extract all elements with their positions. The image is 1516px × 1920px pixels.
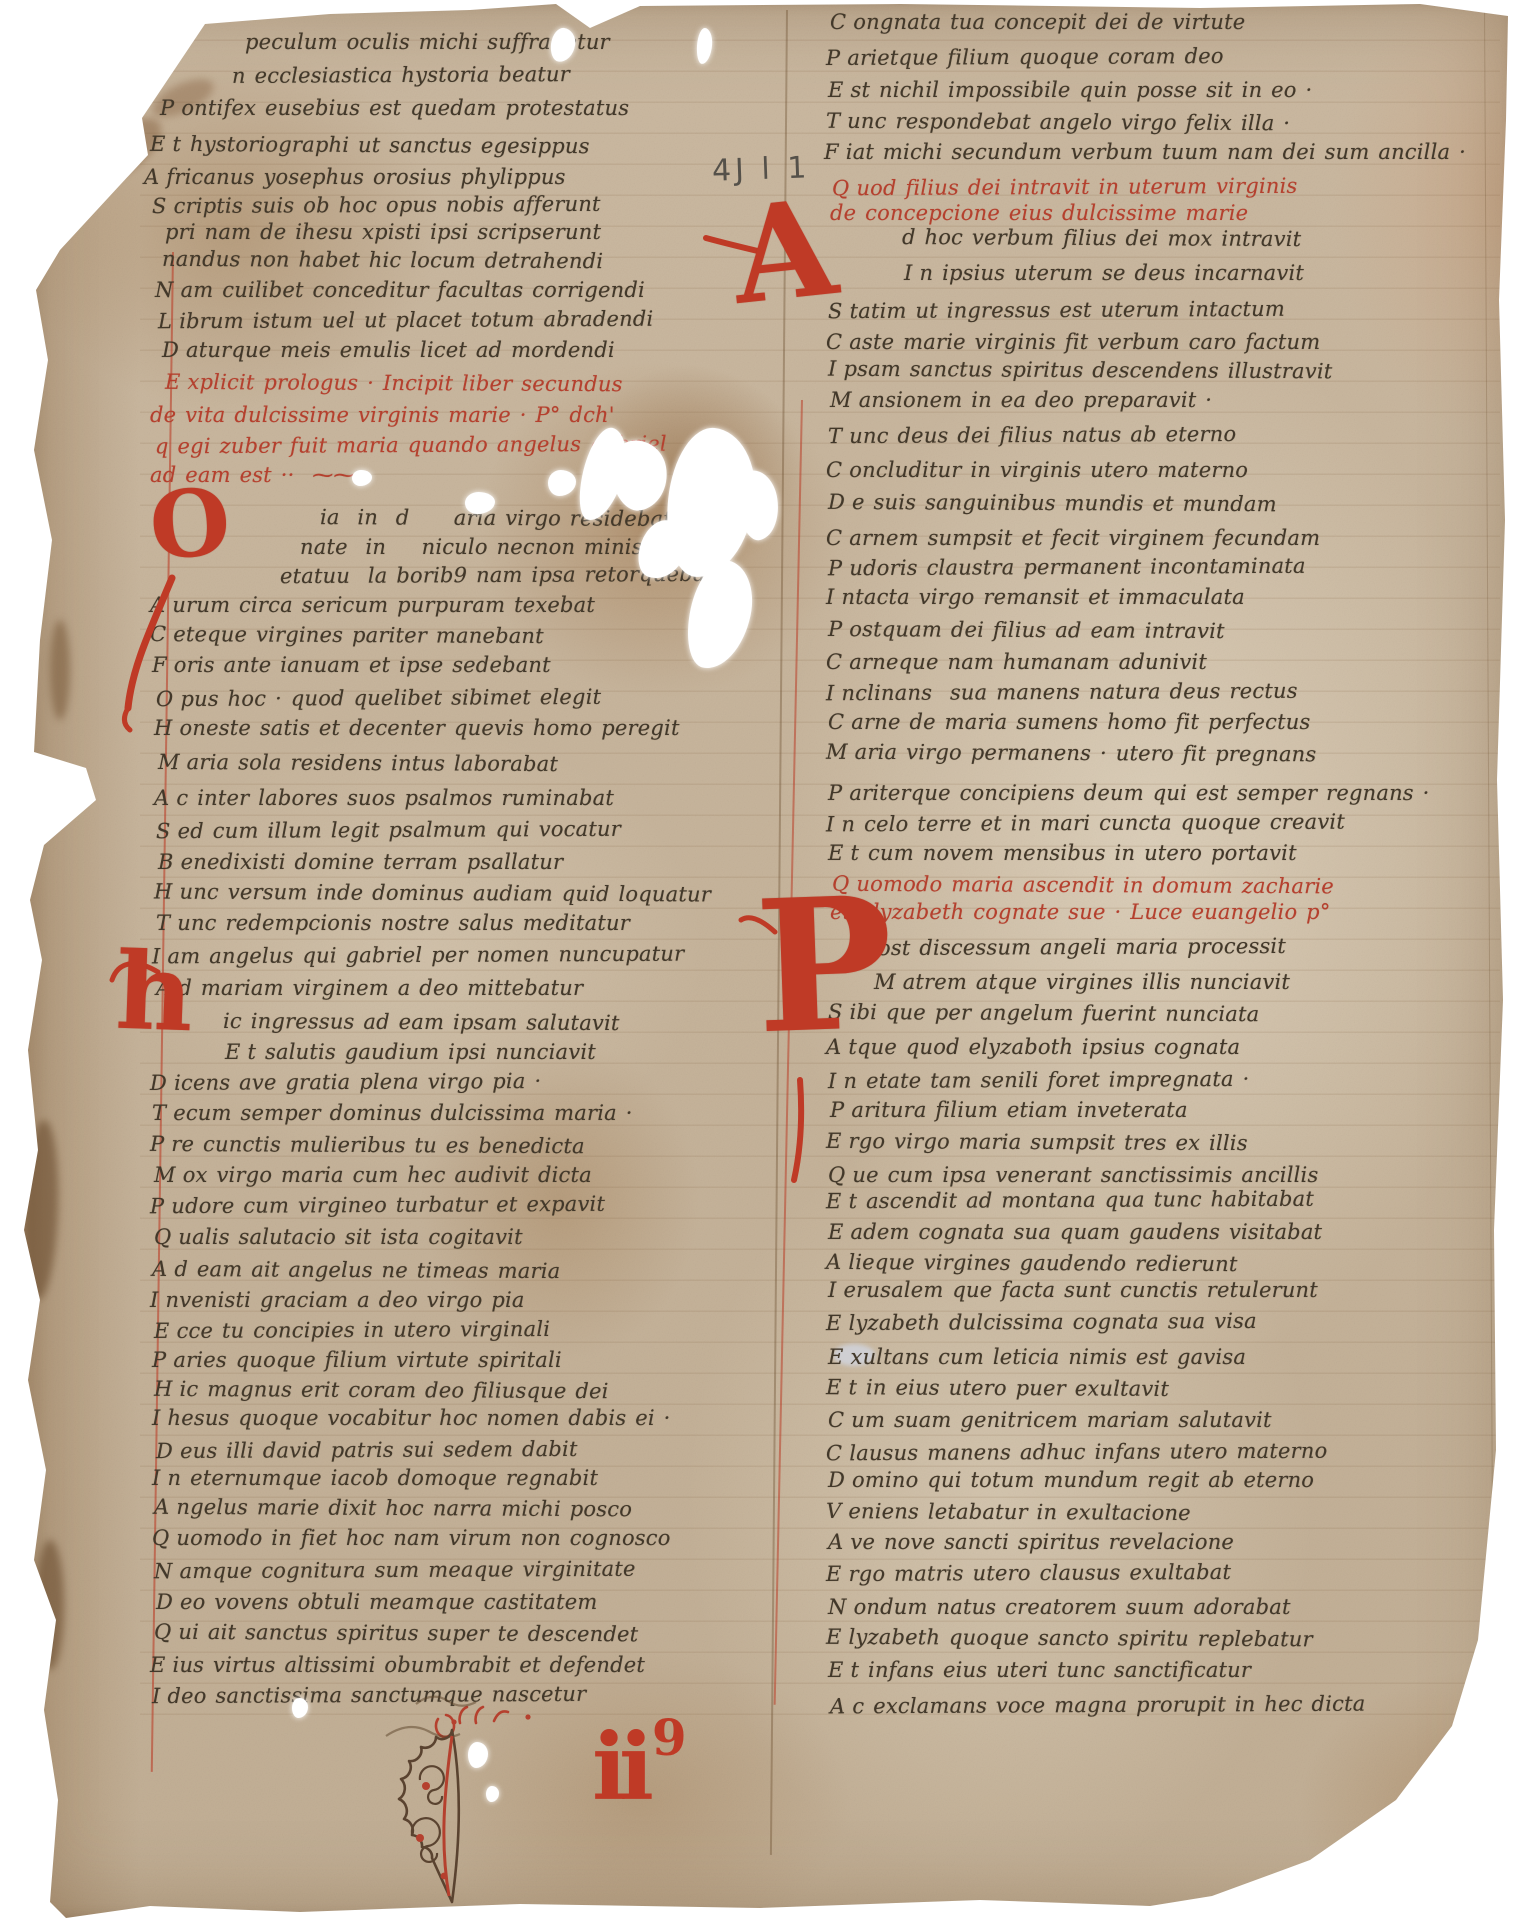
quire-signature: ii9	[592, 1726, 681, 1811]
trimmed-top-line: ſı mı ıſtu ze ıtı	[295, 0, 416, 14]
quire-signature-letters: ii	[592, 1713, 646, 1821]
initial-h: h	[115, 949, 195, 1036]
quire-signature-superscript: 9	[652, 1708, 687, 1767]
initial-A: A	[728, 195, 841, 311]
initial-O: O	[148, 485, 233, 564]
initial-P: P	[754, 891, 896, 1041]
manuscript-scan: ſı mı ıſtu ze ıtı peculum oculis michi s…	[0, 0, 1516, 1920]
parchment-leaf: ſı mı ıſtu ze ıtı peculum oculis michi s…	[0, 0, 1516, 1920]
leaf-doodle	[356, 1684, 536, 1920]
